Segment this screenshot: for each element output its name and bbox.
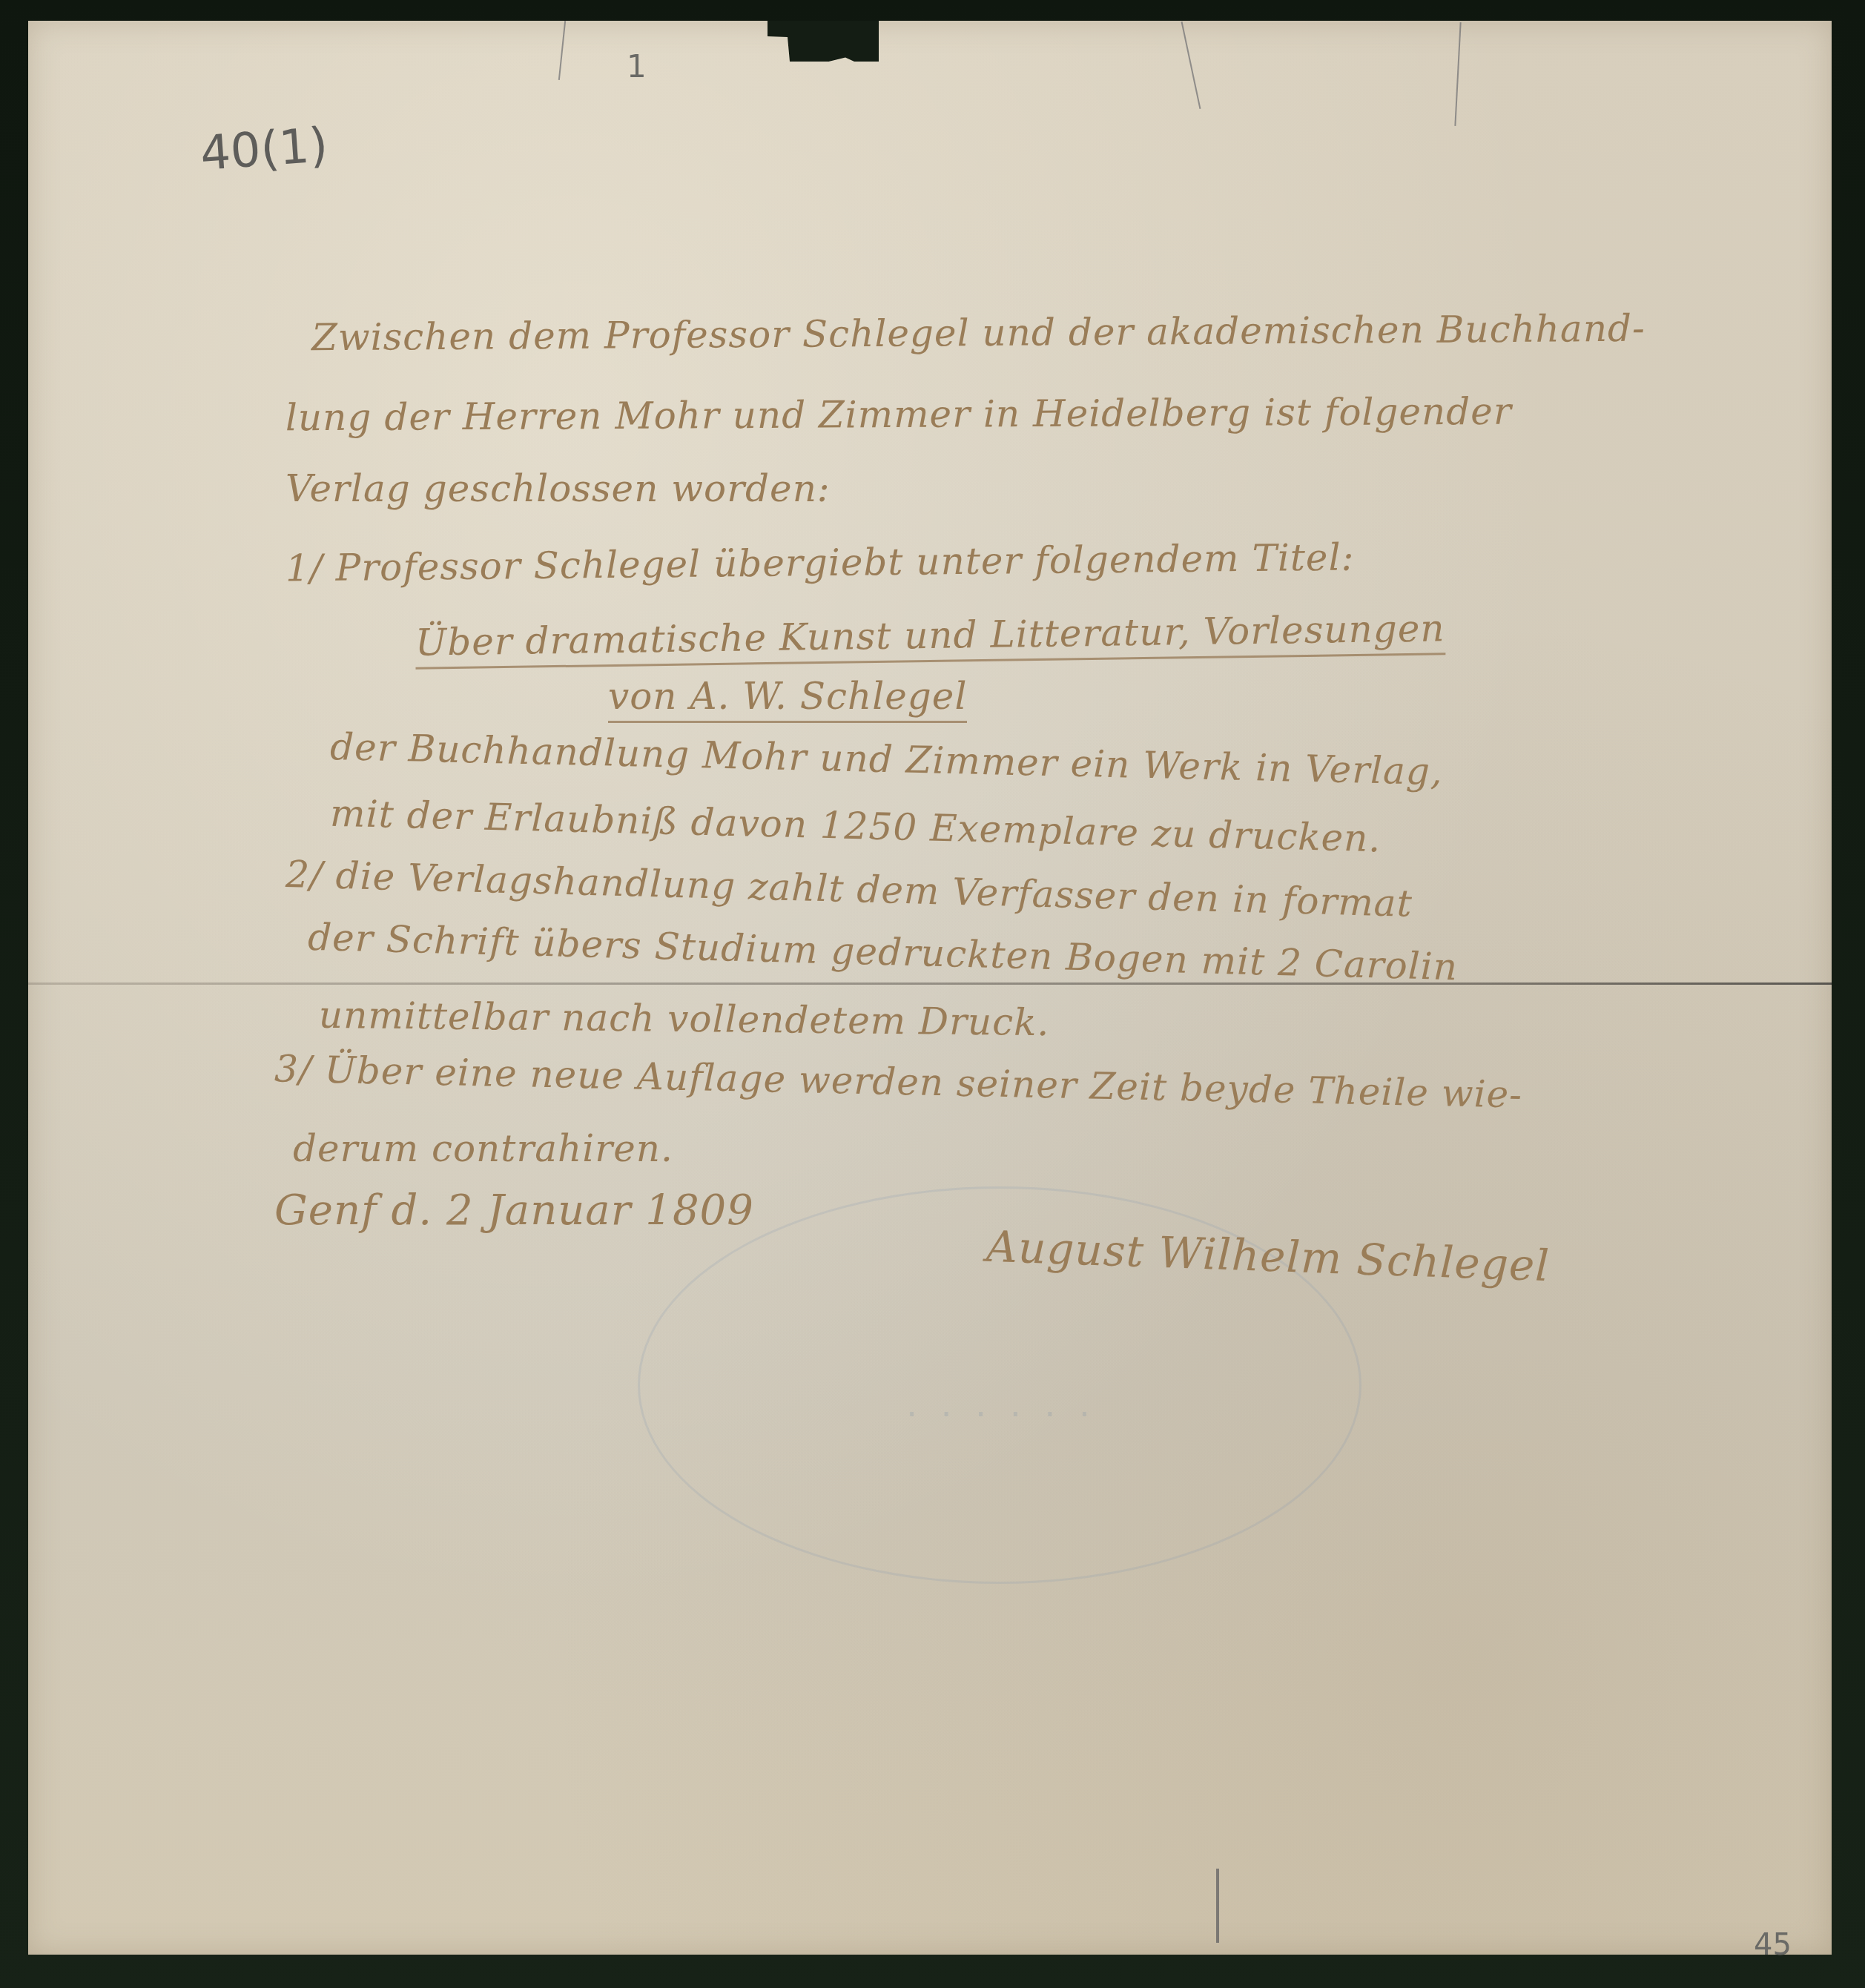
body-line-3-text: Verlag geschlossen worden:: [285, 467, 831, 510]
item-3-number: 3/: [274, 1047, 313, 1091]
body-line-3: Verlag geschlossen worden:: [285, 467, 831, 510]
work-author-text: von A. W. Schlegel: [608, 675, 967, 718]
page-mark: 1: [627, 48, 647, 85]
item-3-line-b-text: derum contrahiren.: [293, 1127, 673, 1170]
paper-crack: [1216, 1869, 1219, 1943]
fold-line: [28, 983, 1832, 985]
archive-number: 40(1): [199, 118, 330, 182]
folio-number: 45: [1754, 1928, 1792, 1962]
stamp-text: · · · · · ·: [742, 1394, 1261, 1436]
item-2-line-c: unmittelbar nach vollendetem Druck.: [319, 994, 1050, 1044]
item-1-number: 1/: [285, 546, 323, 590]
place-date: Genf d. 2 Januar 1809: [274, 1186, 754, 1235]
body-line-2-text: lung der Herren Mohr und Zimmer in Heide…: [285, 390, 1512, 440]
place-date-text: Genf d. 2 Januar 1809: [274, 1186, 754, 1235]
item-2-number: 2/: [285, 853, 324, 896]
item-3-line-b: derum contrahiren.: [293, 1127, 673, 1170]
item-2-line-c-text: unmittelbar nach vollendetem Druck.: [319, 994, 1050, 1044]
body-line-2: lung der Herren Mohr und Zimmer in Heide…: [285, 390, 1512, 440]
work-author: von A. W. Schlegel: [608, 675, 967, 723]
